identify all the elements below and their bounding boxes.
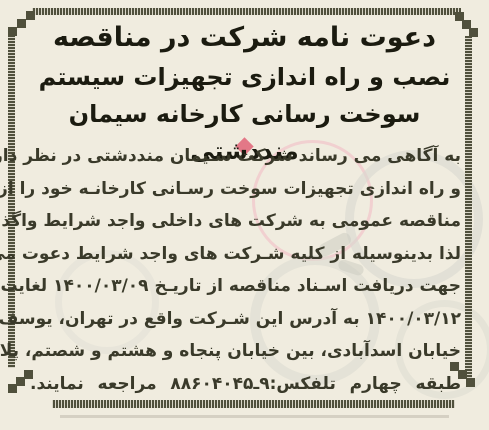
body-line: لذا بدینوسیله از کلیه شـرکت های واجد شرا… xyxy=(30,238,461,271)
frame-corner-bottom-left xyxy=(8,384,17,393)
ad-body: به آگاهی می رساند شرکت سـیمان منددشتی در… xyxy=(30,140,461,400)
frame-border-top xyxy=(32,8,461,15)
body-line: ۱۴۰۰/۰۳/۱۲ به آدرس این شـرکت واقع در تهر… xyxy=(30,303,461,336)
frame-border-right xyxy=(465,36,472,378)
headline-line-1: دعوت نامه شرکت در مناقصه xyxy=(34,18,455,58)
body-line: به آگاهی می رساند شرکت سـیمان منددشتی در… xyxy=(30,140,461,173)
frame-corner-top-right xyxy=(455,12,464,21)
body-line: جهت دریافت اسـناد مناقصه از تاریـخ ۱۴۰۰/… xyxy=(30,270,461,303)
newspaper-tender-ad: دعوت نامه شرکت در مناقصه نصب و راه انداز… xyxy=(0,0,489,430)
frame-border-bottom xyxy=(52,400,455,408)
scan-shadow-line xyxy=(60,415,449,418)
frame-corner-bottom-right xyxy=(466,378,475,387)
body-line: مناقصه عمومی به شرکت های داخلی واجد شرای… xyxy=(30,205,461,238)
body-line: خیابان اسدآبادی، بین خیابان پنجاه و هشتم… xyxy=(30,335,461,368)
headline-line-2: نصب و راه اندازی تجهیزات سیستم xyxy=(34,58,455,96)
body-line: و راه اندازی تجهیزات سوخت رسـانی کارخانـ… xyxy=(30,173,461,206)
body-line-last: طبقه چهارم تلفکس:۹ـ۸۸۶۰۴۰۴۵ مراجعه نماین… xyxy=(30,368,461,401)
